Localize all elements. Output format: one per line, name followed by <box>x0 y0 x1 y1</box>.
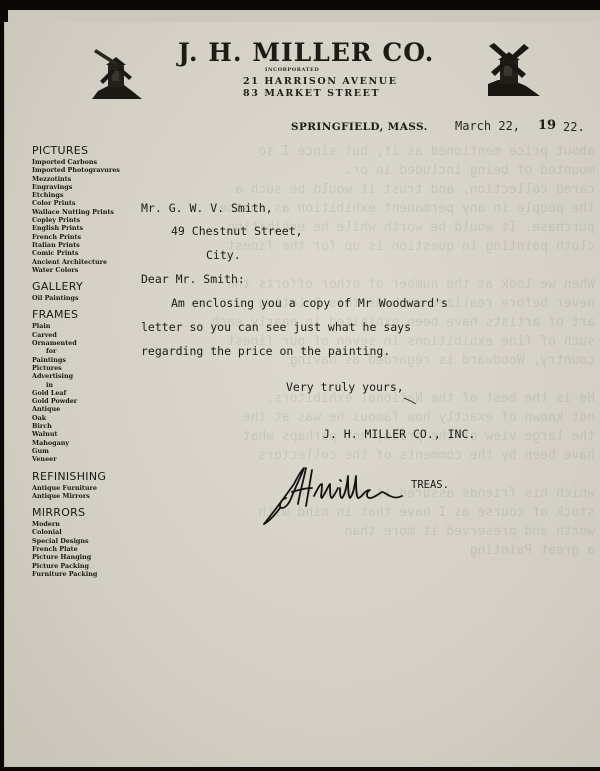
list-item: Plain <box>32 322 132 330</box>
list-item: Gold Leaf <box>32 389 132 397</box>
list-item: French Prints <box>32 233 132 241</box>
list-item: Antique Furniture <box>32 484 132 492</box>
company-name: J. H. MILLER CO. <box>178 38 434 67</box>
list-item: for <box>32 347 132 355</box>
recipient-city: City. <box>206 248 241 262</box>
services-sidebar: PICTURES Imported Carbons Imported Photo… <box>32 144 132 578</box>
list-item: Italian Prints <box>32 241 132 249</box>
list-item: Mahogany <box>32 439 132 447</box>
section-title-pictures: PICTURES <box>32 144 132 158</box>
list-item: Carved <box>32 331 132 339</box>
section-title-gallery: GALLERY <box>32 280 132 294</box>
list-item: French Plate <box>32 545 132 553</box>
list-item: Birch <box>32 422 132 430</box>
list-item: Antique Mirrors <box>32 492 132 500</box>
letter-date: March 22, <box>455 119 520 133</box>
list-item: Furniture Packing <box>32 570 132 578</box>
list-item: Copley Prints <box>32 216 132 224</box>
list-item: Mezzotints <box>32 175 132 183</box>
list-item: Ornamented <box>32 339 132 347</box>
section-title-mirrors: MIRRORS <box>32 506 132 520</box>
list-item: Oak <box>32 414 132 422</box>
recipient-street: 49 Chestnut Street, <box>171 224 303 238</box>
list-item: Walnut <box>32 430 132 438</box>
address-line-1: 21 HARRISON AVENUE <box>243 76 398 87</box>
list-item: Paintings <box>32 356 132 364</box>
year-suffix: 22. <box>563 120 585 134</box>
body-line: letter so you can see just what he says <box>141 320 411 334</box>
list-item: English Prints <box>32 224 132 232</box>
list-item: Colonial <box>32 528 132 536</box>
section-title-frames: FRAMES <box>32 308 132 322</box>
salutation: Dear Mr. Smith: <box>141 272 245 286</box>
year-prefix: 19 <box>538 118 556 133</box>
windmill-logo-left <box>88 45 144 101</box>
signature-company: J. H. MILLER CO., INC. <box>323 427 475 441</box>
handwritten-signature <box>262 462 412 528</box>
list-item: Color Prints <box>32 199 132 207</box>
list-item: Ancient Architecture <box>32 258 132 266</box>
closing: Very truly yours, <box>286 380 404 394</box>
section-title-refinishing: REFINISHING <box>32 470 132 484</box>
body-line: regarding the price on the painting. <box>141 344 390 358</box>
recipient-name: Mr. G. W. V. Smith, <box>141 201 273 215</box>
list-item: Picture Packing <box>32 562 132 570</box>
list-item: Antique <box>32 405 132 413</box>
list-item: Picture Hanging <box>32 553 132 561</box>
letterhead-city: SPRINGFIELD, MASS. <box>291 121 428 133</box>
list-item: Water Colors <box>32 266 132 274</box>
list-item: Engravings <box>32 183 132 191</box>
list-item: Comic Prints <box>32 249 132 257</box>
windmill-logo-right <box>486 42 542 98</box>
ink-mark <box>403 397 417 405</box>
list-item: Advertising <box>32 372 132 380</box>
list-item: Wallace Nutting Prints <box>32 208 132 216</box>
list-item: Veneer <box>32 455 132 463</box>
body-line: Am enclosing you a copy of Mr Woodward's <box>171 296 448 310</box>
list-item: Imported Photogravures <box>32 166 132 174</box>
list-item: Etchings <box>32 191 132 199</box>
list-item: Modern <box>32 520 132 528</box>
list-item: Pictures <box>32 364 132 372</box>
address-line-2: 83 MARKET STREET <box>243 88 380 99</box>
list-item: Gum <box>32 447 132 455</box>
list-item: Gold Powder <box>32 397 132 405</box>
list-item: Oil Paintings <box>32 294 132 302</box>
list-item: Special Designs <box>32 537 132 545</box>
incorporated-label: INCORPORATED <box>265 67 319 73</box>
list-item: in <box>32 381 132 389</box>
signer-title: TREAS. <box>411 479 449 491</box>
list-item: Imported Carbons <box>32 158 132 166</box>
